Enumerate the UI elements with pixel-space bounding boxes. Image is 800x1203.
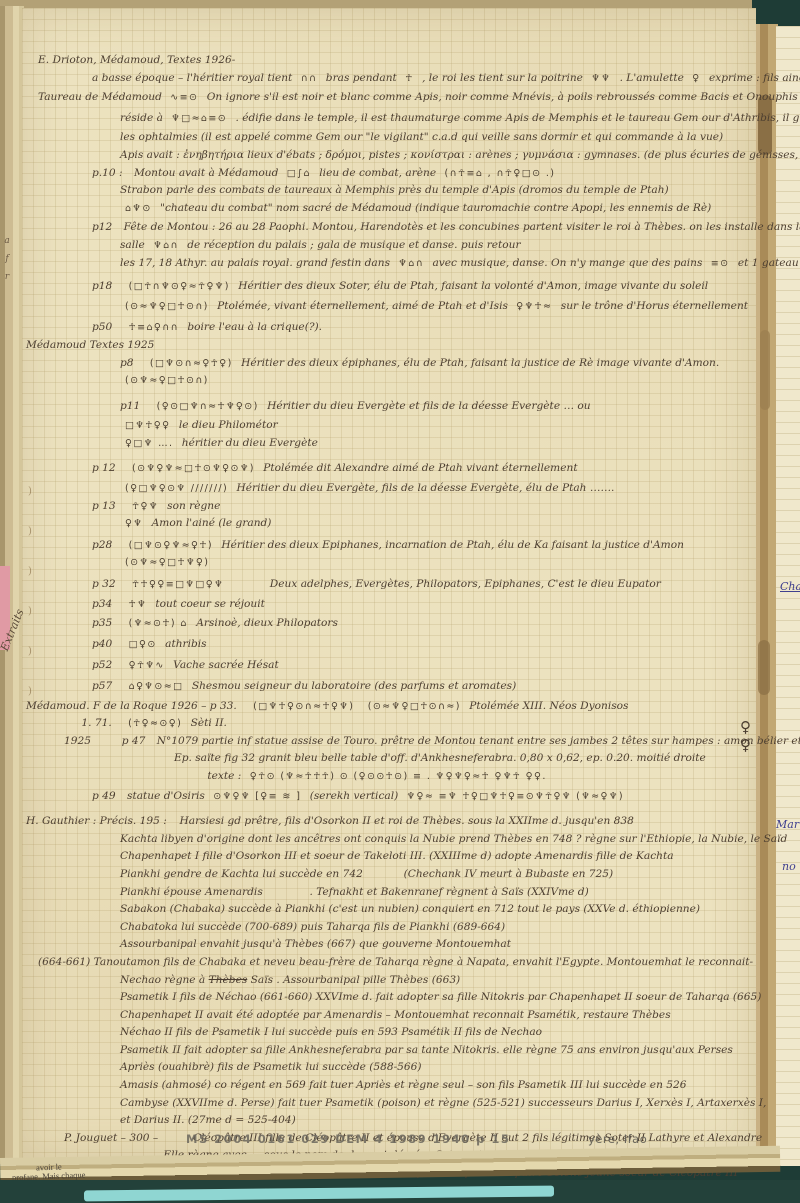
hieroglyph-run: ♆□≈⌂≡⊙ xyxy=(171,113,227,124)
manuscript-line: (♀□♆♀⊙♆ ///////) Héritier du dieu Evergè… xyxy=(22,480,756,498)
manuscript-line: p57 ⌂♀♆⊙≈□ Shesmou seigneur du laboratoi… xyxy=(22,678,756,696)
manuscript-line: Piankhi épouse Amenardis . Tefnakht et B… xyxy=(22,884,756,902)
manuscript-line: les 17, 18 Athyr. au palais royal. grand… xyxy=(22,255,756,273)
handwritten-text: lieu de combat, arène xyxy=(319,167,436,179)
handwritten-text: Médamoud Textes 1925 xyxy=(26,339,154,351)
page-reference: 1925 xyxy=(64,735,91,747)
hieroglyph-run: ☥♆ xyxy=(129,599,147,610)
handwritten-text: sur le trône d'Horus éternellement xyxy=(561,300,748,312)
hieroglyph-run: ∿≡⊙ xyxy=(170,92,198,103)
manuscript-line: Chapenhapet II avait été adoptée par Ame… xyxy=(22,1007,756,1025)
handwritten-text: Apis avait : ἐνηβητήρια lieux d'ébats ; … xyxy=(120,149,800,161)
handwritten-text: Assourbanipal envahit jusqu'à Thèbes (66… xyxy=(120,938,511,950)
handwritten-text: (serekh vertical) xyxy=(310,790,399,802)
handwritten-text: Héritier des dieux Epiphanes, incarnatio… xyxy=(221,539,684,551)
manuscript-line: p34 ☥♆ tout coeur se réjouit xyxy=(22,596,756,614)
hieroglyph-run: (⊙≈♆♀□☥⊙∩≈) xyxy=(368,701,461,712)
manuscript-line: Sabakon (Chabaka) succède à Piankhi (c'e… xyxy=(22,901,756,919)
handwritten-text: Shesmou seigneur du laboratoire (des par… xyxy=(192,680,516,692)
handwritten-text: Ep. saïte fig 32 granit bleu belle table… xyxy=(174,752,706,764)
handwritten-text: . Tefnakht et Bakenranef règnent à Saïs … xyxy=(310,886,589,898)
manuscript-line: p28 (□♆⊙♀♆≈♀☥) Héritier des dieux Epipha… xyxy=(22,537,756,555)
page-reference: p28 xyxy=(92,539,112,551)
manuscript-line: Piankhi gendre de Kachta lui succède en … xyxy=(22,866,756,884)
facing-page-note-mar: Mar xyxy=(776,818,799,831)
manuscript-text-block: E. Drioton, Médamoud, Textes 1926- a bas… xyxy=(22,52,756,1183)
handwritten-text: Piankhi gendre de Kachta lui succède en … xyxy=(120,868,363,880)
manuscript-line: Apis avait : ἐνηβητήρια lieux d'ébats ; … xyxy=(22,147,756,165)
handwritten-text: Chabatoka lui succède (700-689) puis Tah… xyxy=(120,921,505,933)
page-reference: p57 xyxy=(92,680,112,692)
handwritten-text: réside à xyxy=(120,112,163,124)
manuscript-line: Taureau de Médamoud ∿≡⊙ On ignore s'il e… xyxy=(22,89,756,107)
handwritten-text: le dieu Philométor xyxy=(179,419,278,431)
page-reference: p50 xyxy=(92,321,112,333)
handwritten-text: H. Gauthier : Précis. 195 : xyxy=(26,815,167,827)
handwritten-text: Kachta libyen d'origine dont les ancêtre… xyxy=(120,833,787,845)
page-reference: p 32 xyxy=(92,578,116,590)
handwritten-text: statue d'Osiris xyxy=(127,790,205,802)
hieroglyph-run: ♆⌂∩ xyxy=(153,240,179,251)
handwritten-text: Médamoud. F de la Roque 1926 – xyxy=(26,700,206,712)
page-reference: p 12 xyxy=(92,462,116,474)
handwritten-text: Cambyse (XXVIIme d. Perse) fait tuer Psa… xyxy=(120,1097,766,1109)
manuscript-line: p50 ☥≡⌂♀∩∩ boire l'eau à la crique(?). xyxy=(22,319,756,337)
hieroglyph-run: □∫⌂ xyxy=(287,168,311,179)
page-reference: p52 xyxy=(92,659,112,671)
handwritten-text: Amasis (ahmosé) co régent en 569 fait tu… xyxy=(120,1079,687,1091)
handwritten-text: Montou avait à Médamoud xyxy=(134,167,278,179)
handwritten-text: Ptolémée, vivant éternellement, aimé de … xyxy=(217,300,508,312)
hieroglyph-run: ⊙♆♀♆ [♀≡ ≋ ] xyxy=(213,791,301,802)
page-reference: p8 xyxy=(120,357,134,369)
handwritten-text: Ptolémée XIII. Néos Dyonisos xyxy=(469,700,628,712)
handwritten-text: de réception du palais ; gala de musique… xyxy=(187,239,520,251)
hieroglyph-run: ☥☥♀♀≡□♆□♀♆ xyxy=(132,579,224,590)
handwritten-text: Piankhi épouse Amenardis xyxy=(120,886,263,898)
hieroglyph-run: ☥ xyxy=(405,73,414,84)
manuscript-line: p35 (♆≈⊙☥) ⌂ Arsinoè, dieux Philopators xyxy=(22,615,756,633)
handwritten-text: bras pendant xyxy=(326,72,397,84)
scanned-notebook-scene: E. Drioton, Médamoud, Textes 1926- a bas… xyxy=(0,0,800,1203)
page-reference: p 33. xyxy=(210,700,237,712)
handwritten-text: texte : xyxy=(207,770,241,782)
manuscript-line: Médamoud. F de la Roque 1926 – p 33. (□♆… xyxy=(22,698,756,716)
handwritten-text: Apriès (ouahibrè) fils de Psametik lui s… xyxy=(120,1061,422,1073)
hieroglyph-run: (♀□♆♀⊙♆ ///////) xyxy=(125,483,228,494)
handwritten-text: boire l'eau à la crique(?). xyxy=(187,321,322,333)
hieroglyph-run: ♀☥⊙ (♆≈☥☥☥) ⊙ (♀⊙⊙☥⊙) ≡ . ♆♀♆♀≈☥ ♀♆☥ ♀♀. xyxy=(250,771,547,782)
handwritten-text: les ophtalmies (il est appelé comme Gem … xyxy=(120,131,723,143)
handwritten-text: Psametik I fils de Néchao (661-660) XXVI… xyxy=(120,991,761,1003)
handwritten-text: athribis xyxy=(165,638,206,650)
handwritten-text: Héritier du dieu Evergète et fils de la … xyxy=(267,400,591,412)
manuscript-line: p.10 : Montou avait à Médamoud □∫⌂ lieu … xyxy=(22,165,756,183)
handwritten-text: Deux adelphes, Evergètes, Philopators, E… xyxy=(270,578,661,590)
handwritten-text: tout coeur se réjouit xyxy=(155,598,264,610)
handwritten-text: On ignore s'il est noir et blanc comme A… xyxy=(207,91,798,103)
handwritten-text: a basse époque – l'héritier royal tient xyxy=(92,72,292,84)
hieroglyph-run: ♆♀≈ ≡♆ ☥♀□♆☥♀≡⊙♆☥♀♆ (♆≈♀♆) xyxy=(407,791,624,802)
page-reference: p 13 xyxy=(92,500,116,512)
facing-page-note-cha: Cha xyxy=(780,580,800,593)
page-reference: p 49 xyxy=(92,790,116,802)
manuscript-line: Amasis (ahmosé) co régent en 569 fait tu… xyxy=(22,1077,756,1095)
hieroglyph-run: ≡⊙ xyxy=(711,258,730,269)
hieroglyph-run: (∩☥≡⌂ , ∩☥♀□⊙ .) xyxy=(445,168,556,179)
hieroglyph-run: ♀♆ xyxy=(125,518,143,529)
page-reference: p11 xyxy=(120,400,140,412)
handwritten-text: son règne xyxy=(167,500,220,512)
handwritten-text: Harsiesi gd prêtre, fils d'Osorkon II et… xyxy=(180,815,634,827)
handwritten-text: , le roi les tient sur la poitrine xyxy=(422,72,583,84)
handwritten-text: Nechao règne à xyxy=(120,974,205,986)
handwritten-text: (Chechank IV meurt à Bubaste en 725) xyxy=(404,868,614,880)
handwritten-text: et Darius II. (27me d = 525-404) xyxy=(120,1114,296,1126)
page-reference: p34 xyxy=(92,598,112,610)
manuscript-line: les ophtalmies (il est appelé comme Gem … xyxy=(22,129,756,147)
manuscript-line: p52 ♀☥♆∿ Vache sacrée Hésat xyxy=(22,657,756,675)
handwritten-text: Amon l'ainé (le grand) xyxy=(152,517,272,529)
handwritten-text: Chapenhapet I fille d'Osorkon III et soe… xyxy=(120,850,674,862)
handwritten-text: N°1079 partie inf statue assise de Touro… xyxy=(157,735,800,747)
hieroglyph-run: (♀⊙□♆∩≈☥♆♀⊙) xyxy=(157,401,259,412)
manuscript-line: Psametik II fait adopter sa fille Ankhes… xyxy=(22,1042,756,1060)
manuscript-line: Ep. saïte fig 32 granit bleu belle table… xyxy=(22,750,756,768)
manuscript-line: Néchao II fils de Psametik I lui succède… xyxy=(22,1024,756,1042)
catalog-watermark: MS 2004 0161 029 DEM 4 1989 1940 p 15 xyxy=(186,1132,510,1146)
handwritten-text: (664-661) xyxy=(38,956,90,968)
handwritten-text: Ptolémée dit Alexandre aimé de Ptah viva… xyxy=(263,462,577,474)
manuscript-line: p 12 (⊙♆♀♆≈□☥⊙♆♀⊙♆) Ptolémée dit Alexand… xyxy=(22,460,756,478)
handwritten-text: Tanoutamon fils de Chabaka et neveu beau… xyxy=(94,956,753,968)
hieroglyph-run: (⊙≈♆♀□☥⊙∩) xyxy=(125,301,209,312)
manuscript-line: Médamoud Textes 1925 xyxy=(22,337,756,355)
manuscript-line: E. Drioton, Médamoud, Textes 1926- xyxy=(22,52,756,70)
facing-page-note-no: no xyxy=(782,860,796,873)
struck-text: Thèbes xyxy=(209,974,248,986)
hieroglyph-run: ∩∩ xyxy=(301,73,318,84)
handwritten-text: Fête de Montou : 26 au 28 Paophi. Montou… xyxy=(124,221,800,233)
manuscript-line: p12 Fête de Montou : 26 au 28 Paophi. Mo… xyxy=(22,219,756,237)
manuscript-line: Psametik I fils de Néchao (661-660) XXVI… xyxy=(22,989,756,1007)
gutter-tape-mark xyxy=(758,640,770,695)
handwritten-text: Héritier du dieu Evergète, fils de la dé… xyxy=(237,482,615,494)
manuscript-line: Nechao règne à Thèbes Saïs . Assourbanip… xyxy=(22,972,756,990)
hieroglyph-run: □♆☥♀♀ xyxy=(125,420,171,431)
hieroglyph-run: (⊙♆≈♀□☥♆♀) xyxy=(125,557,209,568)
handwritten-text: les 17, 18 Athyr. au palais royal. grand… xyxy=(120,257,390,269)
manuscript-line: (⊙♆≈♀□☥♆♀) xyxy=(22,554,756,572)
catalog-watermark-suffix: yère, Ifao xyxy=(588,1132,647,1146)
manuscript-line: 1925 p 47 N°1079 partie inf statue assis… xyxy=(22,733,756,751)
handwritten-text: E. Drioton, Médamoud, Textes 1926- xyxy=(38,54,235,66)
handwritten-text: héritier du dieu Evergète xyxy=(182,437,318,449)
hieroglyph-run: (□♆⊙∩≈♀☥♀) xyxy=(150,358,233,369)
manuscript-line: (⊙♆≈♀□☥⊙∩) xyxy=(22,372,756,390)
hieroglyph-run: (□♆☥♀⊙∩≈☥♀♆) xyxy=(253,701,354,712)
facing-page-edge xyxy=(776,26,800,1166)
handwritten-text: salle xyxy=(120,239,145,251)
handwritten-text: Héritier des dieux Soter, élu de Ptah, f… xyxy=(238,280,708,292)
handwritten-text: "chateau du combat" nom sacré de Médamou… xyxy=(160,202,711,214)
hieroglyph-run: (□♆⊙♀♆≈♀☥) xyxy=(129,540,213,551)
manuscript-line: Chabatoka lui succède (700-689) puis Tah… xyxy=(22,919,756,937)
manuscript-line: (⊙≈♆♀□☥⊙∩) Ptolémée, vivant éternellemen… xyxy=(22,298,756,316)
binding-stitches: ) ) ) ) ) ) xyxy=(24,472,36,712)
hieroglyph-run: ☥≡⌂♀∩∩ xyxy=(129,322,179,333)
hieroglyph-run: ☥♀♆ xyxy=(132,501,159,512)
handwritten-text: Néchao II fils de Psametik I lui succède… xyxy=(120,1026,542,1038)
manuscript-line: p11 (♀⊙□♆∩≈☥♆♀⊙) Héritier du dieu Evergè… xyxy=(22,398,756,416)
hieroglyph-run: (□☥∩♆⊙♀≈☥♀♆) xyxy=(129,281,230,292)
manuscript-line: H. Gauthier : Précis. 195 : Harsiesi gd … xyxy=(22,813,756,831)
hieroglyph-run: ♀ xyxy=(692,73,700,84)
handwritten-text: Sabakon (Chabaka) succède à Piankhi (c'e… xyxy=(120,903,700,915)
hieroglyph-run: ♀□♆ …. xyxy=(125,438,173,449)
manuscript-line: ⌂♆⊙ "chateau du combat" nom sacré de Méd… xyxy=(22,200,756,218)
handwritten-text: avec musique, danse. On n'y mange que de… xyxy=(432,257,702,269)
hieroglyph-run: ♆♆ xyxy=(591,73,611,84)
manuscript-line: Chapenhapet I fille d'Osorkon III et soe… xyxy=(22,848,756,866)
handwritten-text: exprime : fils ainé, chéri xyxy=(709,72,800,84)
handwritten-text: Saïs . Assourbanipal pille Thèbes (663) xyxy=(251,974,461,986)
handwritten-text: Héritier des dieux épiphanes, élu de Pta… xyxy=(241,357,719,369)
page-reference: p35 xyxy=(92,617,112,629)
manuscript-line: salle ♆⌂∩ de réception du palais ; gala … xyxy=(22,237,756,255)
hieroglyph-run: ♀♆☥≈ xyxy=(516,301,552,312)
page-reference: p40 xyxy=(92,638,112,650)
manuscript-line: ♀♆ Amon l'ainé (le grand) xyxy=(22,515,756,533)
hieroglyph-run: ⌂♀♆⊙≈□ xyxy=(129,681,184,692)
hieroglyph-run: ♆⌂∩ xyxy=(398,258,424,269)
manuscript-line: a basse époque – l'héritier royal tient … xyxy=(22,70,756,88)
manuscript-line: p18 (□☥∩♆⊙♀≈☥♀♆) Héritier des dieux Sote… xyxy=(22,278,756,296)
manuscript-line: Apriès (ouahibrè) fils de Psametik lui s… xyxy=(22,1059,756,1077)
notebook-page: E. Drioton, Médamoud, Textes 1926- a bas… xyxy=(22,8,756,1160)
manuscript-line: réside à ♆□≈⌂≡⊙ . édifie dans le temple,… xyxy=(22,110,756,128)
handwritten-text: Taureau de Médamoud xyxy=(38,91,162,103)
handwritten-text: . L'amulette xyxy=(620,72,684,84)
handwritten-text: Psametik II fait adopter sa fille Ankhes… xyxy=(120,1044,733,1056)
handwritten-text: Chapenhapet II avait été adoptée par Ame… xyxy=(120,1009,671,1021)
hieroglyph-run: (☥♀≈⊙♀) xyxy=(128,718,182,729)
manuscript-line: 1. 71. (☥♀≈⊙♀) Sèti II. xyxy=(22,715,756,733)
page-reference: p 47 xyxy=(122,735,146,747)
handwritten-text: . édifie dans le temple, il est thaumatu… xyxy=(235,112,800,124)
page-reference: p18 xyxy=(92,280,112,292)
margin-top-letters: a f r xyxy=(1,232,13,286)
manuscript-line: (664-661) Tanoutamon fils de Chabaka et … xyxy=(22,954,756,972)
hieroglyph-run: (♆≈⊙☥) ⌂ xyxy=(129,618,188,629)
hieroglyph-run: ⌂♆⊙ xyxy=(125,203,152,214)
handwritten-text: Sèti II. xyxy=(191,717,227,729)
manuscript-line: p 13 ☥♀♆ son règne xyxy=(22,498,756,516)
manuscript-line: ♀□♆ …. héritier du dieu Evergète xyxy=(22,435,756,453)
manuscript-line: p 32 ☥☥♀♀≡□♆□♀♆ Deux adelphes, Evergètes… xyxy=(22,576,756,594)
manuscript-line: texte : ♀☥⊙ (♆≈☥☥☥) ⊙ (♀⊙⊙☥⊙) ≡ . ♆♀♆♀≈☥… xyxy=(22,768,756,786)
handwritten-text: Arsinoè, dieux Philopators xyxy=(196,617,338,629)
manuscript-line: □♆☥♀♀ le dieu Philométor xyxy=(22,417,756,435)
page-reference: 1. 71. xyxy=(81,717,111,729)
manuscript-line: Assourbanipal envahit jusqu'à Thèbes (66… xyxy=(22,936,756,954)
gutter-tape-mark xyxy=(760,330,770,410)
manuscript-line: Cambyse (XXVIIme d. Perse) fait tuer Psa… xyxy=(22,1095,756,1113)
manuscript-line: p40 □♀⊙ athribis xyxy=(22,636,756,654)
handwritten-text: Strabon parle des combats de taureaux à … xyxy=(120,184,669,196)
page-reference: p12 xyxy=(92,221,112,233)
page-reference: p.10 : xyxy=(92,167,123,179)
hieroglyph-run: (⊙♆♀♆≈□☥⊙♆♀⊙♆) xyxy=(132,463,255,474)
standards-doodle: ♀ ♀ xyxy=(740,718,756,754)
manuscript-line: Strabon parle des combats de taureaux à … xyxy=(22,182,756,200)
manuscript-line: et Darius II. (27me d = 525-404) xyxy=(22,1112,756,1130)
manuscript-line: p 49 statue d'Osiris ⊙♆♀♆ [♀≡ ≋ ] (serek… xyxy=(22,788,756,806)
handwritten-text: P. Jouguet – 300 – xyxy=(64,1132,158,1144)
hieroglyph-run: ♀☥♆∿ xyxy=(129,660,165,671)
handwritten-text: et 1 gateau xyxy=(738,257,799,269)
hieroglyph-run: □♀⊙ xyxy=(129,639,157,650)
manuscript-line: Kachta libyen d'origine dont les ancêtre… xyxy=(22,831,756,849)
manuscript-line: p8 (□♆⊙∩≈♀☥♀) Héritier des dieux épiphan… xyxy=(22,355,756,373)
handwritten-text: Vache sacrée Hésat xyxy=(173,659,279,671)
hieroglyph-run: (⊙♆≈♀□☥⊙∩) xyxy=(125,375,209,386)
